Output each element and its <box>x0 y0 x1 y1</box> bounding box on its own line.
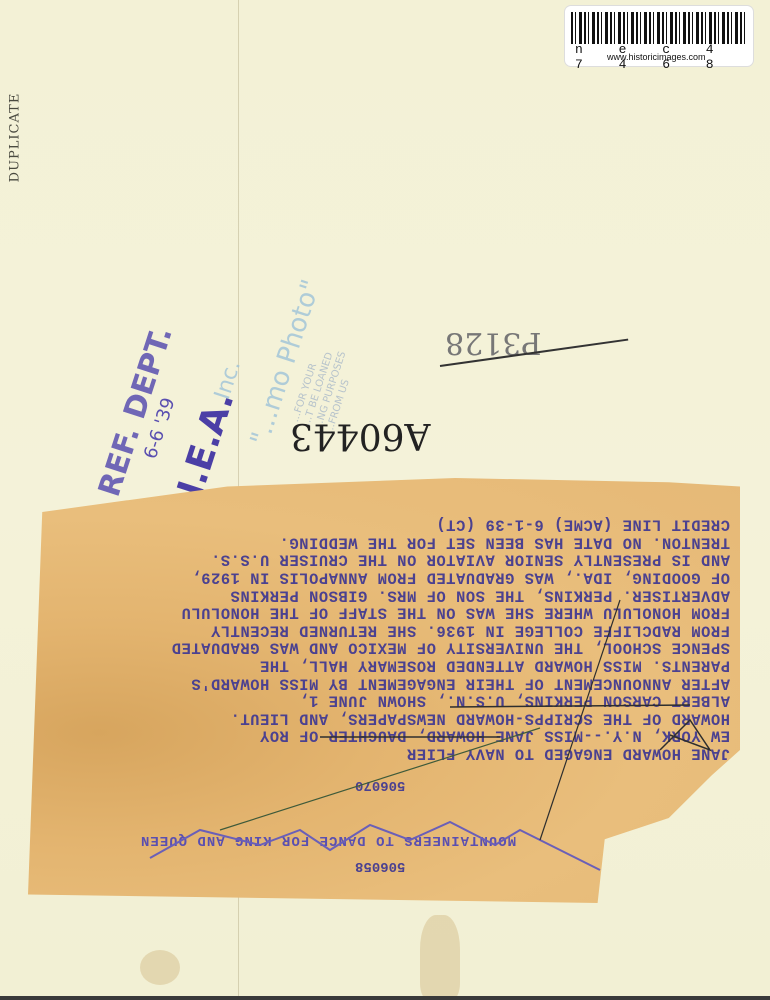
scan-edge <box>0 996 770 1000</box>
water-stain <box>140 950 180 985</box>
pen-scribbles <box>0 0 770 1000</box>
water-stain <box>420 915 460 1000</box>
